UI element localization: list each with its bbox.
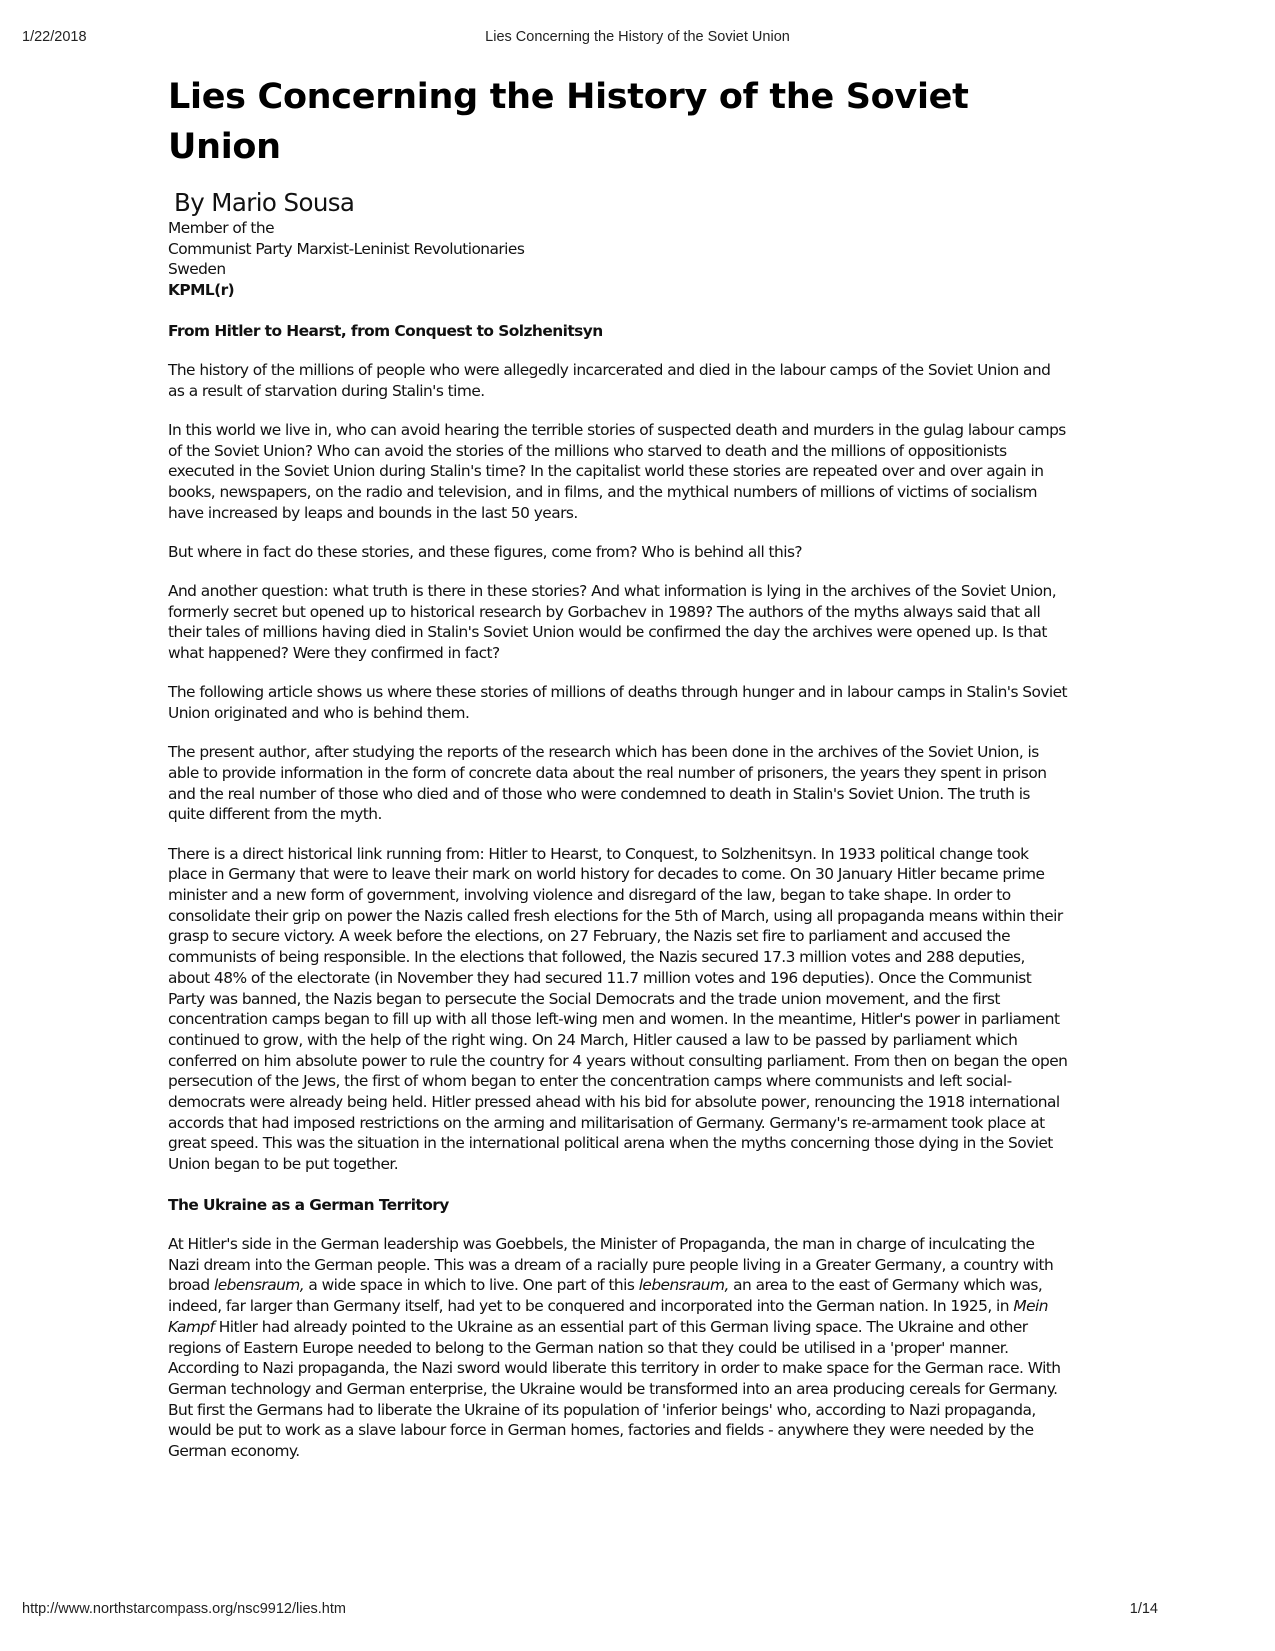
text-run: Hitler had already pointed to the Ukrain…	[168, 1318, 1061, 1460]
print-footer: http://www.northstarcompass.org/nsc9912/…	[0, 1601, 1275, 1621]
article: Lies Concerning the History of the Sovie…	[168, 72, 1068, 1462]
print-page-title: Lies Concerning the History of the Sovie…	[0, 29, 1275, 45]
affiliation-line: Member of the	[168, 218, 1068, 239]
page-indicator: 1/14	[1130, 1601, 1158, 1617]
author-byline: By Mario Sousa	[174, 188, 1068, 218]
affiliation-line: Communist Party Marxist-Leninist Revolut…	[168, 239, 1068, 260]
paragraph: And another question: what truth is ther…	[168, 581, 1068, 664]
text-run: a wide space in which to live. One part …	[304, 1276, 639, 1294]
section-heading: From Hitler to Hearst, from Conquest to …	[168, 321, 1068, 342]
paragraph: In this world we live in, who can avoid …	[168, 420, 1068, 524]
paragraph: There is a direct historical link runnin…	[168, 844, 1068, 1175]
paragraph: The following article shows us where the…	[168, 682, 1068, 723]
paragraph: The history of the millions of people wh…	[168, 360, 1068, 401]
section-heading: The Ukraine as a German Territory	[168, 1195, 1068, 1216]
print-header: 1/22/2018 Lies Concerning the History of…	[0, 29, 1275, 49]
organization-abbreviation: KPML(r)	[168, 280, 1068, 301]
source-url: http://www.northstarcompass.org/nsc9912/…	[22, 1601, 346, 1617]
italic-term: lebensraum,	[639, 1276, 729, 1294]
paragraph: But where in fact do these stories, and …	[168, 542, 1068, 563]
paragraph: At Hitler's side in the German leadershi…	[168, 1234, 1068, 1462]
paragraph: The present author, after studying the r…	[168, 742, 1068, 825]
author-affiliation: Member of the Communist Party Marxist-Le…	[168, 218, 1068, 301]
italic-term: lebensraum,	[214, 1276, 304, 1294]
affiliation-line: Sweden	[168, 259, 1068, 280]
article-title: Lies Concerning the History of the Sovie…	[168, 72, 1068, 172]
